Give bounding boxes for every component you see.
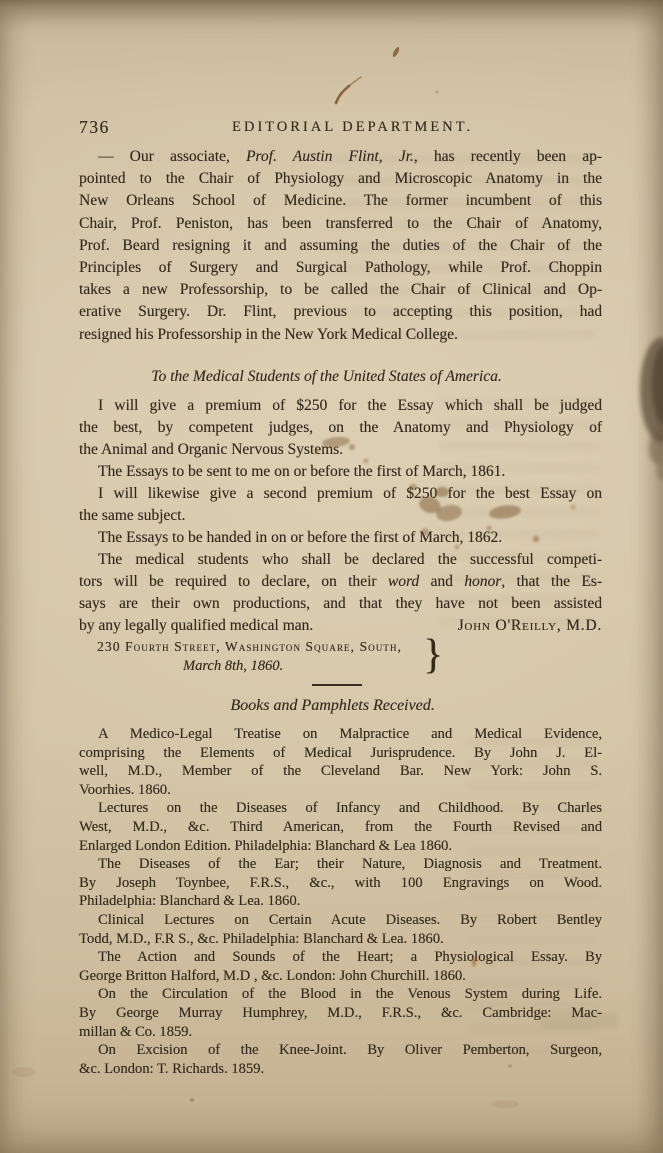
text-line: resigned his Professorship in the New Yo… (79, 324, 602, 346)
text-line: the same subject. (79, 505, 602, 527)
text-line: Prof. Beard resigning it and assuming th… (79, 235, 602, 257)
premium-paragraph-1: I will give a premium of $250 for the Es… (79, 395, 602, 462)
text-line: Todd, M.D., F.R S., &c. Philadelphia: Bl… (79, 930, 602, 949)
text-line: On the Circulation of the Blood in the V… (79, 985, 602, 1004)
address-block: 230 Fourth Street, Washington Square, So… (79, 638, 602, 675)
text-line: Clinical Lectures on Certain Acute Disea… (79, 911, 602, 930)
text-line: By George Murray Humphrey, M.D., F.R.S.,… (79, 1004, 602, 1023)
book-entry: On Excision of the Knee-Joint. By Oliver… (79, 1041, 602, 1078)
text-line: Chair, Prof. Peniston, has been transfer… (79, 213, 602, 235)
text-line: West, M.D., &c. Third American, from the… (79, 818, 602, 837)
text-line: comprising the Elements of Medical Juris… (79, 744, 602, 763)
text-line: Lectures on the Diseases of Infancy and … (79, 799, 602, 818)
text-line: The Essays to be sent to me on or before… (79, 461, 602, 483)
address-line: 230 Fourth Street, Washington Square, So… (79, 638, 602, 657)
text-line: &c. London: T. Richards. 1859. (79, 1060, 602, 1079)
page-header: 736 EDITORIAL DEPARTMENT. (79, 117, 602, 139)
text-line: The Essays to be handed in on or before … (79, 527, 602, 549)
book-entry: Clinical Lectures on Certain Acute Disea… (79, 911, 602, 948)
premium-paragraph-2: The Essays to be sent to me on or before… (79, 461, 602, 483)
text-line: takes a new Professorship, to be called … (79, 279, 602, 301)
text-line: The Diseases of the Ear; their Nature, D… (79, 855, 602, 874)
text-line: Philadelphia: Blanchard & Lea. 1860. (79, 892, 602, 911)
text-line: I will likewise give a second premium of… (79, 483, 602, 505)
text-line: By Joseph Toynbee, F.R.S., &c., with 100… (79, 874, 602, 893)
text-line: Voorhies. 1860. (79, 781, 602, 800)
text-line: A Medico-Legal Treatise on Malpractice a… (79, 725, 602, 744)
text-line: I will give a premium of $250 for the Es… (79, 395, 602, 417)
book-entry: The Diseases of the Ear; their Nature, D… (79, 855, 602, 911)
premium-paragraph-4: The Essays to be handed in on or before … (79, 527, 602, 549)
book-entry: Lectures on the Diseases of Infancy and … (79, 799, 602, 855)
text-line: says are their own productions, and that… (79, 593, 602, 615)
text-line: New Orleans School of Medicine. The form… (79, 190, 602, 212)
premium-paragraph-3: I will likewise give a second premium of… (79, 483, 602, 527)
text-line: the Animal and Organic Nervous Systems. (79, 439, 602, 461)
editorial-note-paragraph: — Our associate, Prof. Austin Flint, Jr.… (79, 146, 602, 346)
text-line: Principles of Surgery and Surgical Patho… (79, 257, 602, 279)
text-line: pointed to the Chair of Physiology and M… (79, 168, 602, 190)
scanned-page: { "page": { "number": "736", "running_he… (0, 0, 663, 1153)
running-head: EDITORIAL DEPARTMENT. (91, 119, 614, 136)
book-entry: On the Circulation of the Blood in the V… (79, 985, 602, 1041)
books-received-heading: Books and Pamphlets Received. (71, 697, 594, 715)
text-line: well, M.D., Member of the Cleveland Bar.… (79, 762, 602, 781)
date-line: March 8th, 1860. (79, 657, 602, 676)
books-received-list: A Medico-Legal Treatise on Malpractice a… (79, 725, 602, 1078)
book-entry: A Medico-Legal Treatise on Malpractice a… (79, 725, 602, 799)
section-divider-rule (312, 684, 362, 686)
text-line: Enlarged London Edition. Philadelphia: B… (79, 837, 602, 856)
text-line: millan & Co. 1859. (79, 1023, 602, 1042)
text-line: On Excision of the Knee-Joint. By Oliver… (79, 1041, 602, 1060)
text-line: George Britton Halford, M.D , &c. London… (79, 967, 602, 986)
book-entry: The Action and Sounds of the Heart; a Ph… (79, 948, 602, 985)
text-line: tors will be required to declare, on the… (79, 571, 602, 593)
text-line: — Our associate, Prof. Austin Flint, Jr.… (79, 146, 602, 168)
text-line: The medical students who shall be declar… (79, 549, 602, 571)
signature: John O'Reilly, M.D. (458, 615, 602, 637)
page-edge-stain (640, 338, 663, 480)
text-line: the best, by competent judges, on the An… (79, 417, 602, 439)
closing-text: by any legally qualified medical man. (79, 615, 313, 637)
scratch-mark (336, 46, 439, 103)
closing-brace: } (423, 635, 443, 675)
premium-paragraph-5: The medical students who shall be declar… (79, 549, 602, 616)
premium-notice-heading: To the Medical Students of the United St… (65, 368, 588, 386)
text-line: The Action and Sounds of the Heart; a Ph… (79, 948, 602, 967)
signature-line: by any legally qualified medical man. Jo… (79, 615, 602, 637)
text-line: erative Surgery. Dr. Flint, previous to … (79, 301, 602, 323)
